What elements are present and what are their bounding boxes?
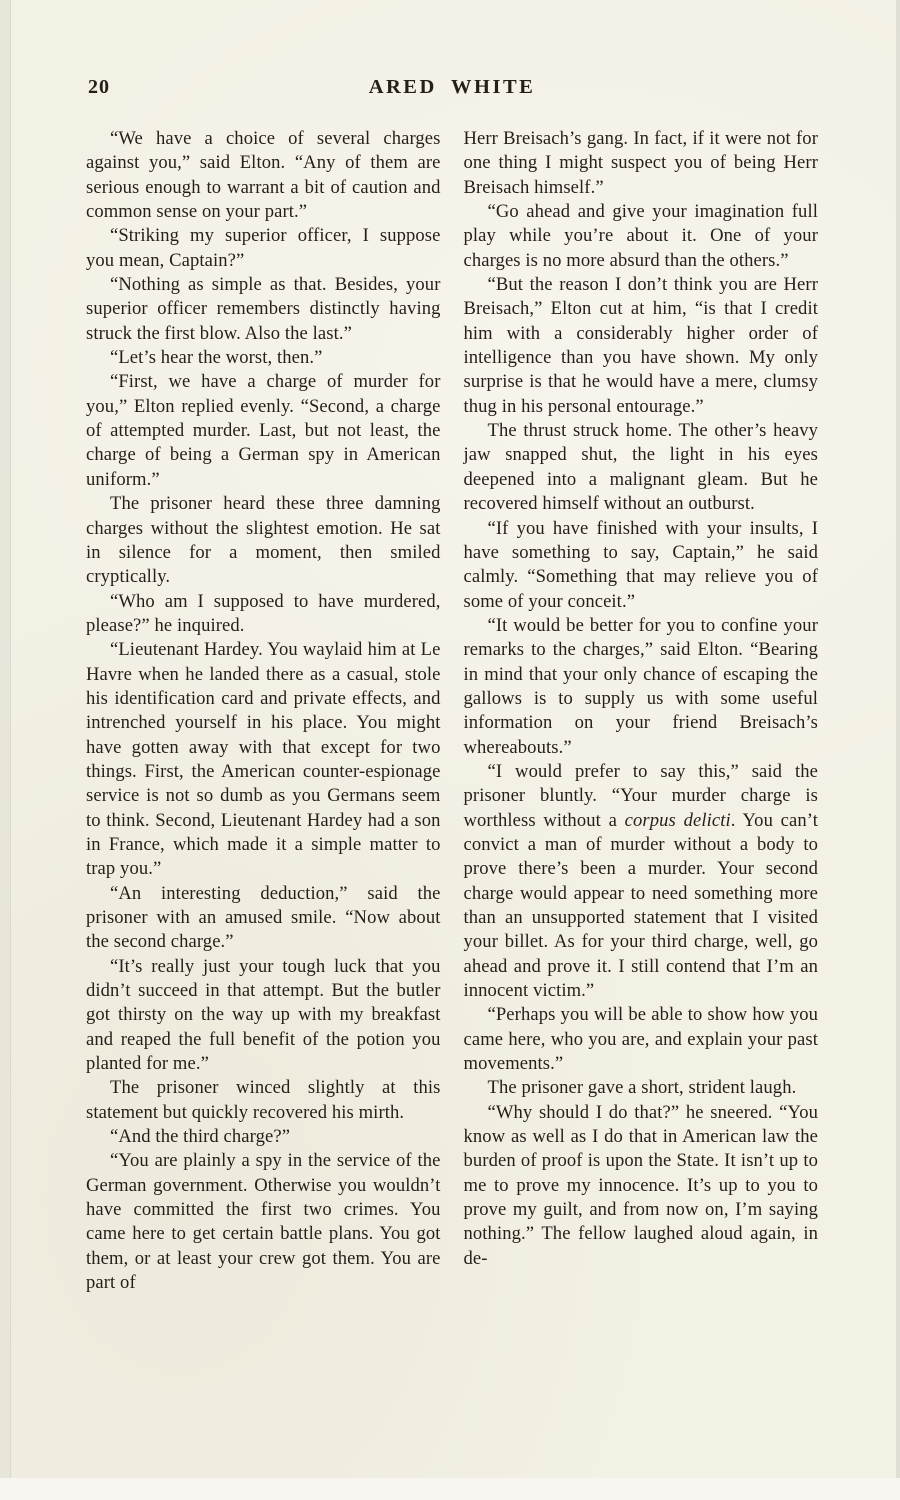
paragraph: “Perhaps you will be able to show how yo…: [464, 1003, 819, 1076]
paragraph: “Nothing as simple as that. Besides, you…: [86, 273, 441, 346]
page-bottom-edge: [0, 1478, 900, 1500]
paragraph: The prisoner winced slightly at this sta…: [86, 1076, 441, 1125]
paragraph: The prisoner heard these three damning c…: [86, 492, 441, 589]
paragraph: “It would be better for you to confine y…: [464, 614, 819, 760]
paragraph: “Go ahead and give your imagination full…: [464, 200, 819, 273]
right-column: Herr Breisach’s gang. In fact, if it wer…: [464, 127, 819, 1296]
paragraph: “Striking my superior officer, I suppose…: [86, 224, 441, 273]
paragraph: “An interesting deduction,” said the pri…: [86, 882, 441, 955]
paragraph: “It’s really just your tough luck that y…: [86, 955, 441, 1077]
paragraph: “Lieutenant Hardey. You waylaid him at L…: [86, 638, 441, 881]
paragraph: “You are plainly a spy in the service of…: [86, 1149, 441, 1295]
italic-phrase: corpus delicti: [625, 810, 731, 831]
paragraph: “Let’s hear the worst, then.”: [86, 346, 441, 370]
left-column: “We have a choice of several charges aga…: [86, 127, 441, 1296]
paragraph: “First, we have a charge of murder for y…: [86, 370, 441, 492]
text-block: “We have a choice of several charges aga…: [86, 127, 818, 1296]
paragraph: The prisoner gave a short, strident laug…: [464, 1076, 819, 1100]
page-right-edge: [896, 0, 900, 1500]
paragraph: “But the reason I don’t think you are He…: [464, 273, 819, 419]
paragraph: “We have a choice of several charges aga…: [86, 127, 441, 224]
paragraph: “Who am I supposed to have murdered, ple…: [86, 590, 441, 639]
running-head: 20 ARED WHITE: [86, 76, 818, 102]
page-left-edge: [0, 0, 11, 1500]
paragraph: “If you have finished with your insults,…: [464, 517, 819, 614]
book-page: 20 ARED WHITE “We have a choice of sever…: [0, 0, 900, 1500]
paragraph: Herr Breisach’s gang. In fact, if it wer…: [464, 127, 819, 200]
paragraph: The thrust struck home. The other’s heav…: [464, 419, 819, 516]
paragraph: “I would prefer to say this,” said the p…: [464, 760, 819, 1003]
paragraph: “Why should I do that?” he sneered. “You…: [464, 1101, 819, 1271]
paragraph: “And the third charge?”: [86, 1125, 441, 1149]
running-title: ARED WHITE: [86, 76, 818, 99]
